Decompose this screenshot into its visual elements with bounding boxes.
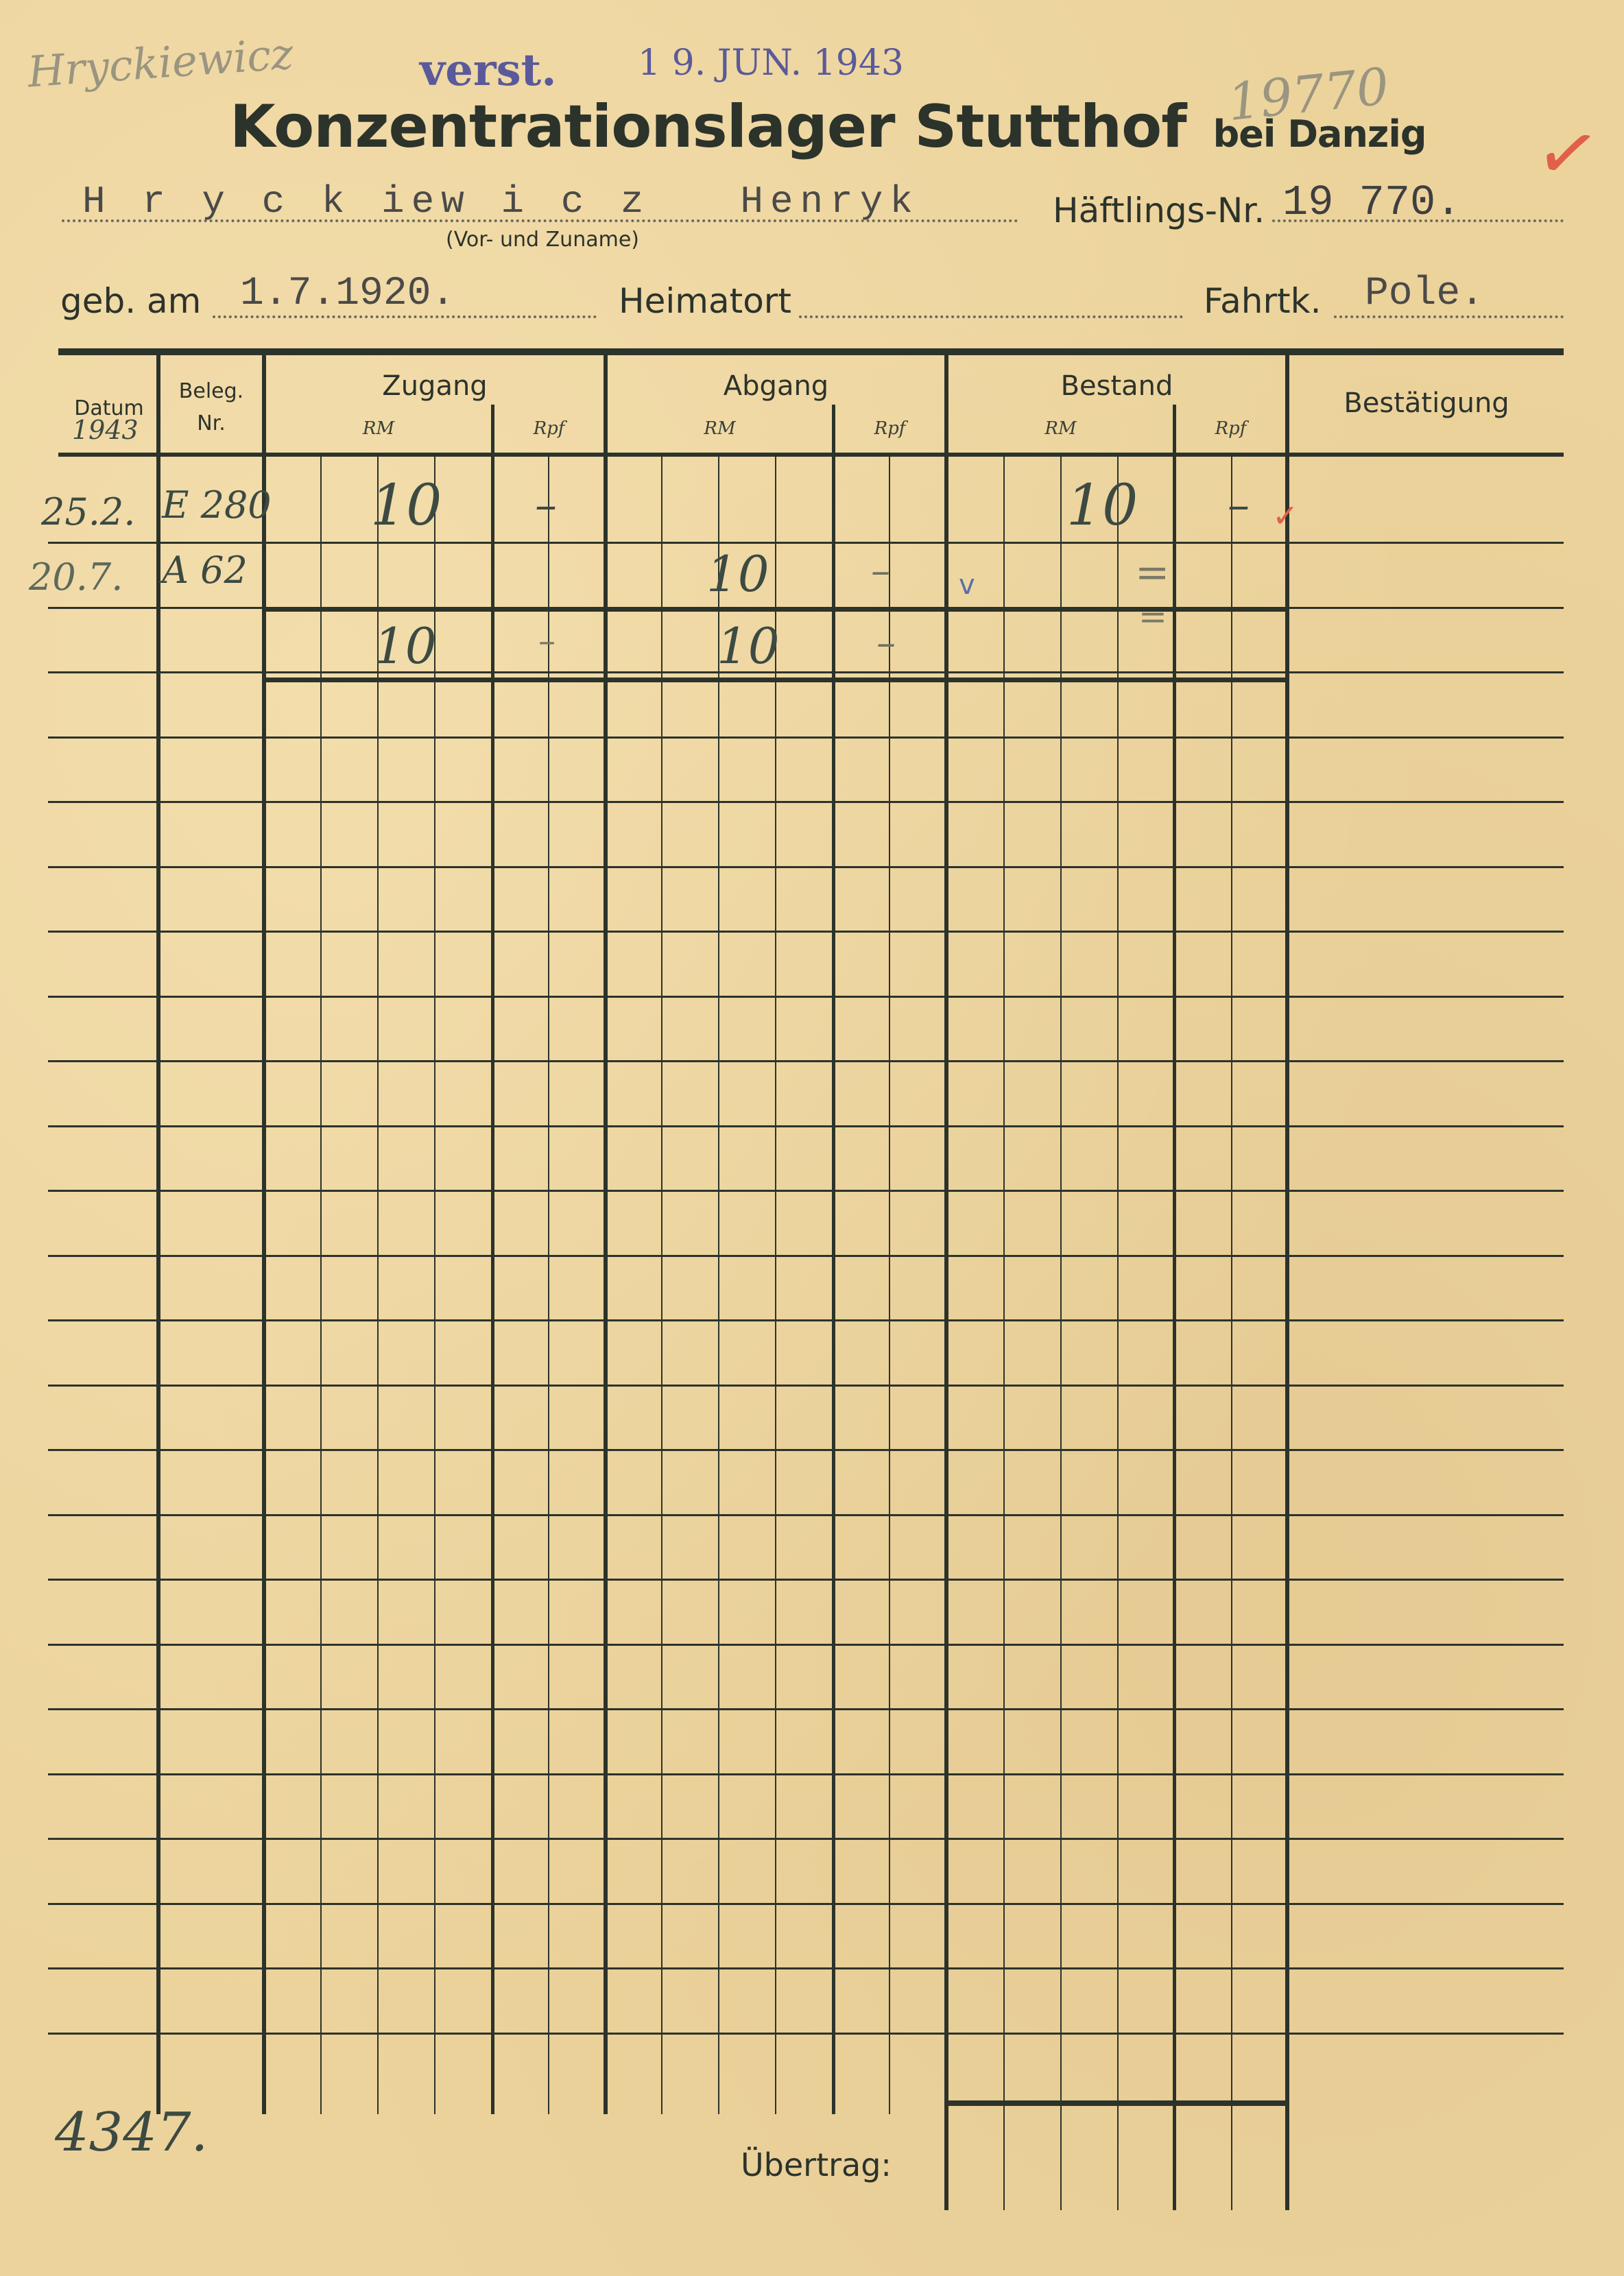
row-line xyxy=(48,1644,1564,1646)
blue-check-icon: v xyxy=(959,569,975,601)
row-line xyxy=(48,1708,1564,1710)
sub-line xyxy=(775,457,776,2114)
row-line xyxy=(48,1773,1564,1775)
total-zugang-rpf[interactable]: – xyxy=(538,621,556,660)
header-abgang-rm: RM xyxy=(608,418,832,439)
hometown-field[interactable] xyxy=(799,281,1183,318)
col-divider-zugang xyxy=(604,355,608,2114)
cell-zugang-rpf[interactable]: – xyxy=(535,480,557,531)
birth-label: geb. am xyxy=(60,281,201,321)
cell-beleg[interactable]: E 280 xyxy=(162,483,272,527)
cell-bestand-rpf[interactable]: – xyxy=(1228,480,1250,531)
row-line xyxy=(48,1190,1564,1192)
category-label: Fahrtk. xyxy=(1204,281,1322,321)
cell-datum[interactable]: 20.7. xyxy=(29,555,123,599)
row-line xyxy=(48,1125,1564,1127)
file-number: 4347. xyxy=(55,2102,208,2164)
row-line xyxy=(48,1255,1564,1257)
total-rule xyxy=(264,678,1287,682)
row-line xyxy=(48,996,1564,998)
cell-datum[interactable]: 25.2. xyxy=(41,490,135,534)
sub-line xyxy=(1060,457,1062,2210)
form-title: Konzentrationslager Stutthof bei Danzig xyxy=(230,93,1426,161)
split-zugang xyxy=(491,405,494,2114)
row-line xyxy=(48,1449,1564,1451)
header-bestand-rm: RM xyxy=(948,418,1173,439)
row-line xyxy=(48,1060,1564,1062)
header-bestand-rpf: Rpf xyxy=(1176,418,1285,439)
row-line xyxy=(48,801,1564,803)
col-divider-datum xyxy=(156,355,160,2114)
row-line xyxy=(48,671,1564,673)
header-bestaetigung: Bestätigung xyxy=(1289,387,1564,419)
subtotal-rule xyxy=(264,608,1287,612)
number-value: 19 770. xyxy=(1282,178,1461,227)
name-value: H r y c k iew i c z Henryk xyxy=(82,180,920,224)
total-abgang-rpf[interactable]: – xyxy=(876,621,896,665)
sub-line xyxy=(661,457,662,2114)
cell-beleg[interactable]: A 62 xyxy=(162,549,248,592)
row-line xyxy=(48,1579,1564,1581)
col-divider-abgang xyxy=(944,355,948,2210)
birth-value: 1.7.1920. xyxy=(240,272,455,316)
row-line xyxy=(48,1967,1564,1969)
total-zugang-rm[interactable]: 10 xyxy=(374,617,437,675)
category-field[interactable]: Pole. xyxy=(1334,281,1564,318)
col-divider-beleg xyxy=(262,355,266,2114)
split-bestand xyxy=(1173,405,1176,2210)
total-abgang-rm[interactable]: 10 xyxy=(717,617,780,675)
number-label: Häftlings-Nr. xyxy=(1053,191,1265,230)
name-field[interactable]: H r y c k iew i c z Henryk xyxy=(62,185,1018,222)
carryover-label: Übertrag: xyxy=(741,2146,892,2183)
sub-line xyxy=(1117,457,1119,2210)
sub-line xyxy=(1003,457,1005,2210)
header-abgang: Abgang xyxy=(608,370,944,402)
row-line xyxy=(48,866,1564,868)
header-bestand: Bestand xyxy=(948,370,1285,402)
header-datum-year: 1943 xyxy=(72,415,139,445)
sub-line xyxy=(548,457,549,2114)
sub-line xyxy=(377,457,379,2114)
sub-line xyxy=(320,457,322,2114)
title-main: Konzentrationslager Stutthof xyxy=(230,93,1186,161)
row-line xyxy=(48,2033,1564,2035)
stamp-date: 1 9. JUN. 1943 xyxy=(638,43,904,84)
hometown-label: Heimatort xyxy=(619,281,791,321)
row-line xyxy=(48,1319,1564,1321)
cell-abgang-rm[interactable]: 10 xyxy=(706,545,769,603)
row-line xyxy=(48,1838,1564,1840)
stamp-status: verst. xyxy=(420,45,557,96)
sub-line xyxy=(1231,457,1232,2210)
header-bottom-rule xyxy=(58,453,1564,457)
row-line xyxy=(48,736,1564,739)
cell-bestand-rpf[interactable]: = xyxy=(1135,549,1169,597)
col-divider-bestand xyxy=(1285,355,1289,2210)
header-beleg-nr: Nr. xyxy=(160,411,262,435)
sub-line xyxy=(434,457,435,2114)
birth-field[interactable]: 1.7.1920. xyxy=(213,281,597,318)
row-line xyxy=(48,931,1564,933)
cell-zugang-rm[interactable]: 10 xyxy=(370,473,442,538)
row-line xyxy=(48,1514,1564,1516)
red-check-icon: ✓ xyxy=(1272,497,1299,534)
row-line xyxy=(48,1903,1564,1905)
name-caption: (Vor- und Zuname) xyxy=(446,228,639,252)
cell-bestand-rm[interactable]: 10 xyxy=(1066,473,1138,538)
row-line xyxy=(48,542,1564,544)
header-abgang-rpf: Rpf xyxy=(835,418,944,439)
total-bestand-rpf[interactable]: = xyxy=(1138,597,1167,636)
row-line xyxy=(48,1385,1564,1387)
sub-line xyxy=(889,457,890,2114)
sub-line xyxy=(718,457,719,2114)
pencil-name-note: Hryckiewicz xyxy=(26,29,295,97)
cell-abgang-rpf[interactable]: – xyxy=(871,549,890,593)
number-field[interactable]: 19 770. xyxy=(1272,185,1564,222)
category-value: Pole. xyxy=(1365,272,1484,316)
title-suffix: bei Danzig xyxy=(1213,112,1426,156)
header-beleg: Beleg. xyxy=(160,379,262,403)
header-zugang-rm: RM xyxy=(266,418,491,439)
carryover-rule xyxy=(946,2100,1287,2106)
header-zugang-rpf: Rpf xyxy=(494,418,604,439)
table-top-rule xyxy=(58,348,1564,355)
split-abgang xyxy=(832,405,835,2114)
header-zugang: Zugang xyxy=(266,370,604,402)
